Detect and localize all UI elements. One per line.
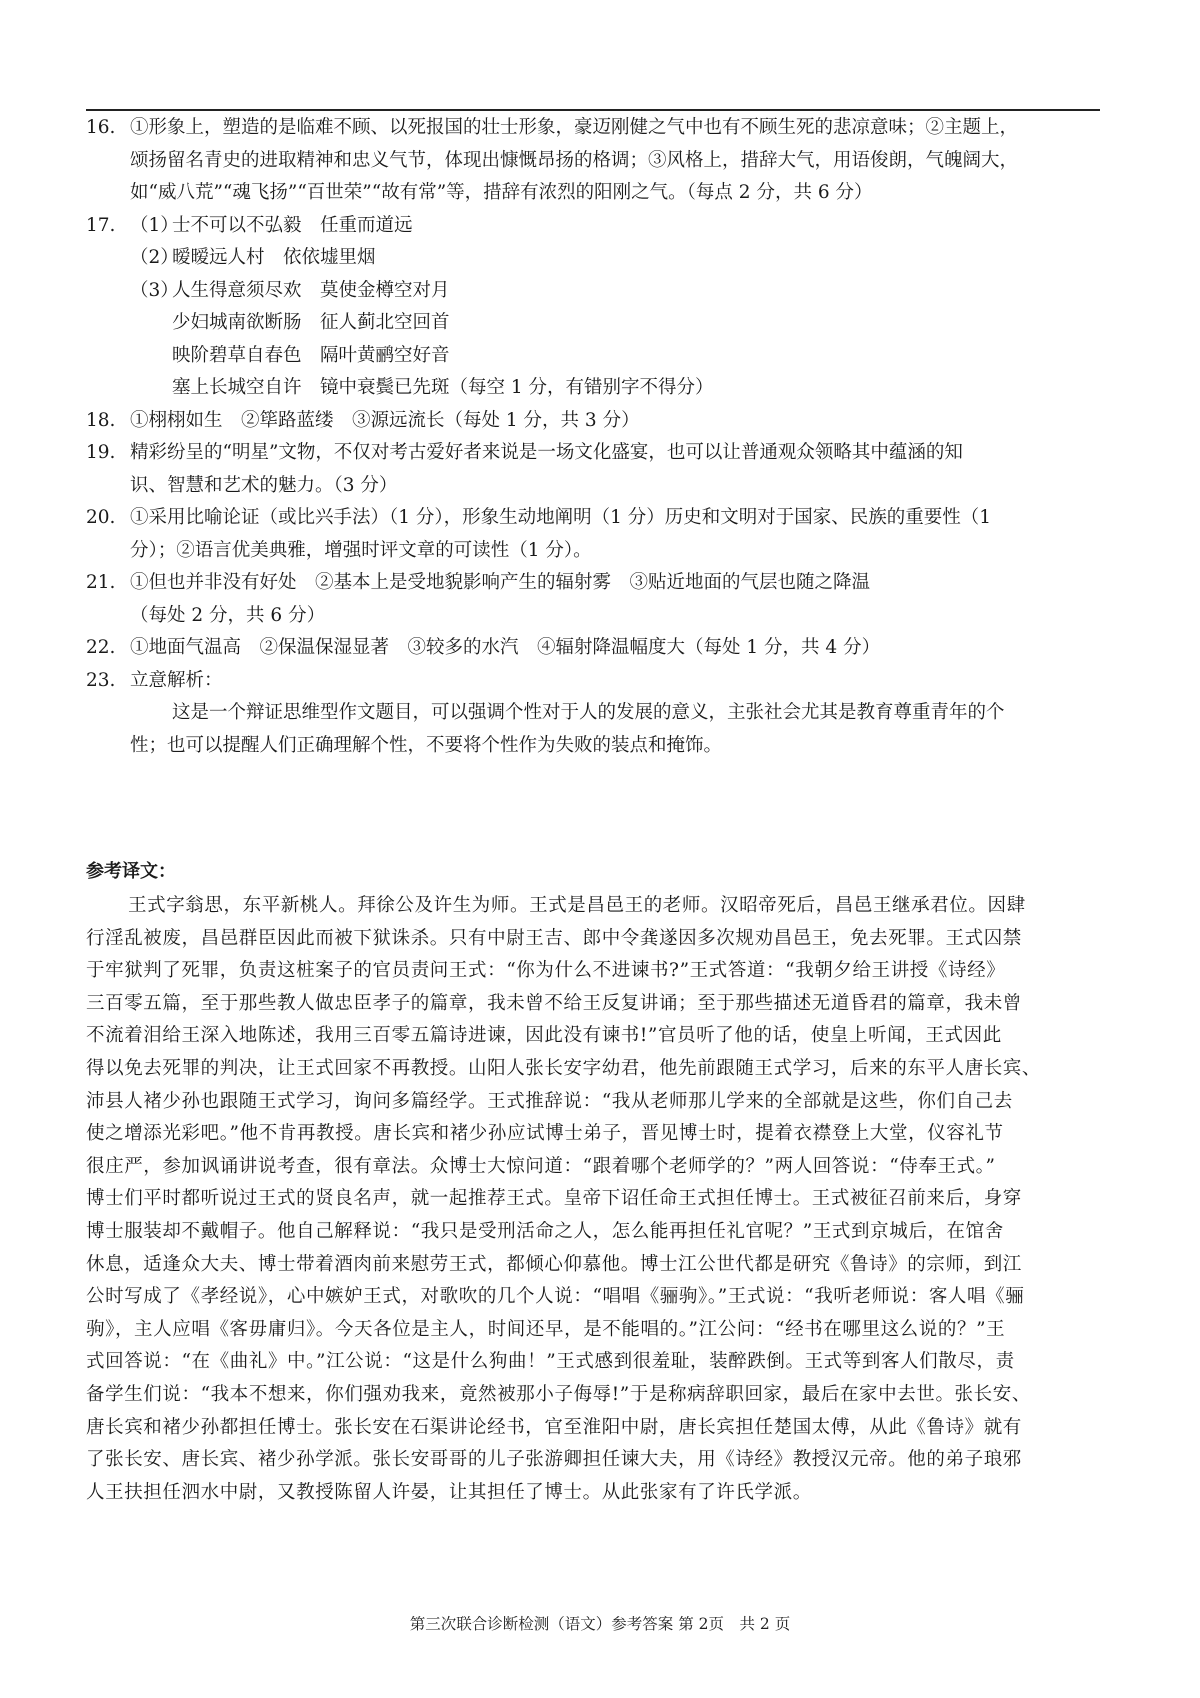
translation-line: 三百零五篇，至于那些教人做忠臣孝子的篇章，我未曾不给王反复讲诵；至于那些描述无道…: [86, 988, 1106, 1021]
translation-line: 得以免去死罪的判决，让王式回家不再教授。山阳人张长安字幼君，他先前跟随王式学习，…: [86, 1053, 1106, 1086]
sub-label: （1）: [130, 210, 172, 243]
translation-line: 于牢狱判了死罪，负责这桩案子的官员责问王式：“你为什么不进谏书?”王式答道：“我…: [86, 955, 1106, 988]
answer-line: 分）；②语言优美典雅，增强时评文章的可读性（1 分）。: [130, 535, 1116, 568]
answer-line: 塞上长城空自许 镜中衰鬓已先斑（每空 1 分，有错别字不得分）: [172, 372, 714, 405]
answer-line: ①栩栩如生 ②筚路蓝缕 ③源远流长（每处 1 分，共 3 分）: [130, 405, 1116, 438]
translation-line: 王式字翁思，东平新桃人。拜徐公及许生为师。王式是昌邑王的老师。汉昭帝死后，昌邑王…: [86, 890, 1106, 923]
answer-19: 19. 精彩纷呈的“明星”文物，不仅对考古爱好者来说是一场文化盛宴，也可以让普通…: [86, 437, 1116, 502]
answer-line: 映阶碧草自春色 隔叶黄鹂空好音: [172, 340, 714, 373]
translation-line: 备学生们说：“我本不想来，你们强劝我来，竟然被那小子侮辱!”于是称病辞职回家，最…: [86, 1379, 1106, 1412]
answer-16: 16. ①形象上，塑造的是临难不顾、以死报国的壮士形象，豪迈刚健之气中也有不顾生…: [86, 112, 1116, 210]
question-number: 22.: [86, 632, 130, 665]
question-number: 23.: [86, 665, 130, 763]
answer-21: 21. ①但也并非没有好处 ②基本上是受地貌影响产生的辐射雾 ③贴近地面的气层也…: [86, 567, 1116, 632]
answer-line: ①形象上，塑造的是临难不顾、以死报国的壮士形象，豪迈刚健之气中也有不顾生死的悲凉…: [130, 112, 1116, 145]
question-number: 16.: [86, 112, 130, 210]
page-footer: 第三次联合诊断检测（语文）参考答案 第 2页 共 2 页: [0, 1612, 1200, 1634]
answer-heading: 立意解析：: [130, 665, 1116, 698]
translation-line: 很庄严，参加讽诵讲说考查，很有章法。众博士大惊问道：“跟着哪个老师学的？”两人回…: [86, 1151, 1106, 1184]
answer-line: ①但也并非没有好处 ②基本上是受地貌影响产生的辐射雾 ③贴近地面的气层也随之降温: [130, 567, 1116, 600]
answer-line: 如“威八荒”“魂飞扬”“百世荣”“故有常”等，措辞有浓烈的阳刚之气。（每点 2 …: [130, 177, 1116, 210]
sub-label: （3）: [130, 275, 172, 405]
sub-label: （2）: [130, 242, 172, 275]
question-number: 17.: [86, 210, 130, 405]
translation-line: 了张长安、唐长宾、褚少孙学派。张长安哥哥的儿子张游卿担任谏大夫，用《诗经》教授汉…: [86, 1444, 1106, 1477]
answer-line: 士不可以不弘毅 任重而道远: [172, 210, 413, 243]
section-title: 参考译文：: [86, 858, 1106, 886]
translation-line: 使之增添光彩吧。”他不肯再教授。唐长宾和褚少孙应试博士弟子，晋见博士时，提着衣襟…: [86, 1118, 1106, 1151]
answer-key: 16. ①形象上，塑造的是临难不顾、以死报国的壮士形象，豪迈刚健之气中也有不顾生…: [86, 112, 1116, 762]
translation-line: 沛县人褚少孙也跟随王式学习，询问多篇经学。王式推辞说：“我从老师那儿学来的全部就…: [86, 1086, 1106, 1119]
answer-line: 识、智慧和艺术的魅力。（3 分）: [130, 470, 1116, 503]
translation-line: 行淫乱被废，昌邑群臣因此而被下狱诛杀。只有中尉王吉、郎中令龚遂因多次规劝昌邑王，…: [86, 923, 1106, 956]
question-number: 20.: [86, 502, 130, 567]
answer-line: 暧暧远人村 依依墟里烟: [172, 242, 376, 275]
translation-line: 公时写成了《孝经说》，心中嫉妒王式，对歌吹的几个人说：“唱唱《骊驹》。”王式说：…: [86, 1281, 1106, 1314]
top-rule: [86, 109, 1100, 111]
answer-line: 这是一个辩证思维型作文题目，可以强调个性对于人的发展的意义，主张社会尤其是教育尊…: [130, 697, 1116, 730]
answer-20: 20. ①采用比喻论证（或比兴手法）（1 分），形象生动地阐明（1 分）历史和文…: [86, 502, 1116, 567]
answer-22: 22. ①地面气温高 ②保温保湿显著 ③较多的水汽 ④辐射降温幅度大（每处 1 …: [86, 632, 1116, 665]
answer-18: 18. ①栩栩如生 ②筚路蓝缕 ③源远流长（每处 1 分，共 3 分）: [86, 405, 1116, 438]
translation-line: 唐长宾和褚少孙都担任博士。张长安在石渠讲论经书，官至淮阳中尉，唐长宾担任楚国太傅…: [86, 1412, 1106, 1445]
answer-23: 23. 立意解析： 这是一个辩证思维型作文题目，可以强调个性对于人的发展的意义，…: [86, 665, 1116, 763]
translation-line: 博士服装却不戴帽子。他自己解释说：“我只是受刑活命之人，怎么能再担任礼官呢？”王…: [86, 1216, 1106, 1249]
question-number: 19.: [86, 437, 130, 502]
answer-line: ①采用比喻论证（或比兴手法）（1 分），形象生动地阐明（1 分）历史和文明对于国…: [130, 502, 1116, 535]
translation-line: 式回答说：“在《曲礼》中。”江公说：“这是什么狗曲！”王式感到很羞耻，装醉跌倒。…: [86, 1346, 1106, 1379]
translation-line: 博士们平时都听说过王式的贤良名声，就一起推荐王式。皇帝下诏任命王式担任博士。王式…: [86, 1183, 1106, 1216]
translation-line: 人王扶担任泗水中尉，又教授陈留人许晏，让其担任了博士。从此张家有了许氏学派。: [86, 1477, 1106, 1510]
answer-line: 人生得意须尽欢 莫使金樽空对月: [172, 275, 714, 308]
translation-line: 休息，适逢众大夫、博士带着酒肉前来慰劳王式，都倾心仰慕他。博士江公世代都是研究《…: [86, 1249, 1106, 1282]
answer-line: （每处 2 分，共 6 分）: [130, 600, 1116, 633]
answer-line: 少妇城南欲断肠 征人蓟北空回首: [172, 307, 714, 340]
question-number: 18.: [86, 405, 130, 438]
question-number: 21.: [86, 567, 130, 632]
answer-line: 性；也可以提醒人们正确理解个性，不要将个性作为失败的装点和掩饰。: [130, 730, 1116, 763]
translation-line: 不流着泪给王深入地陈述，我用三百零五篇诗进谏，因此没有谏书!”官员听了他的话，使…: [86, 1020, 1106, 1053]
answer-line: 精彩纷呈的“明星”文物，不仅对考古爱好者来说是一场文化盛宴，也可以让普通观众领略…: [130, 437, 1116, 470]
reference-translation: 参考译文： 王式字翁思，东平新桃人。拜徐公及许生为师。王式是昌邑王的老师。汉昭帝…: [86, 858, 1106, 1509]
translation-line: 驹》，主人应唱《客毋庸归》。今天各位是主人，时间还早，是不能唱的。”江公问：“经…: [86, 1314, 1106, 1347]
answer-line: 颂扬留名青史的进取精神和忠义气节，体现出慷慨昂扬的格调；③风格上，措辞大气，用语…: [130, 145, 1116, 178]
answer-17: 17. （1） 士不可以不弘毅 任重而道远 （2） 暧暧远人村 依依墟里烟 （3…: [86, 210, 1116, 405]
answer-line: ①地面气温高 ②保温保湿显著 ③较多的水汽 ④辐射降温幅度大（每处 1 分，共 …: [130, 632, 1116, 665]
